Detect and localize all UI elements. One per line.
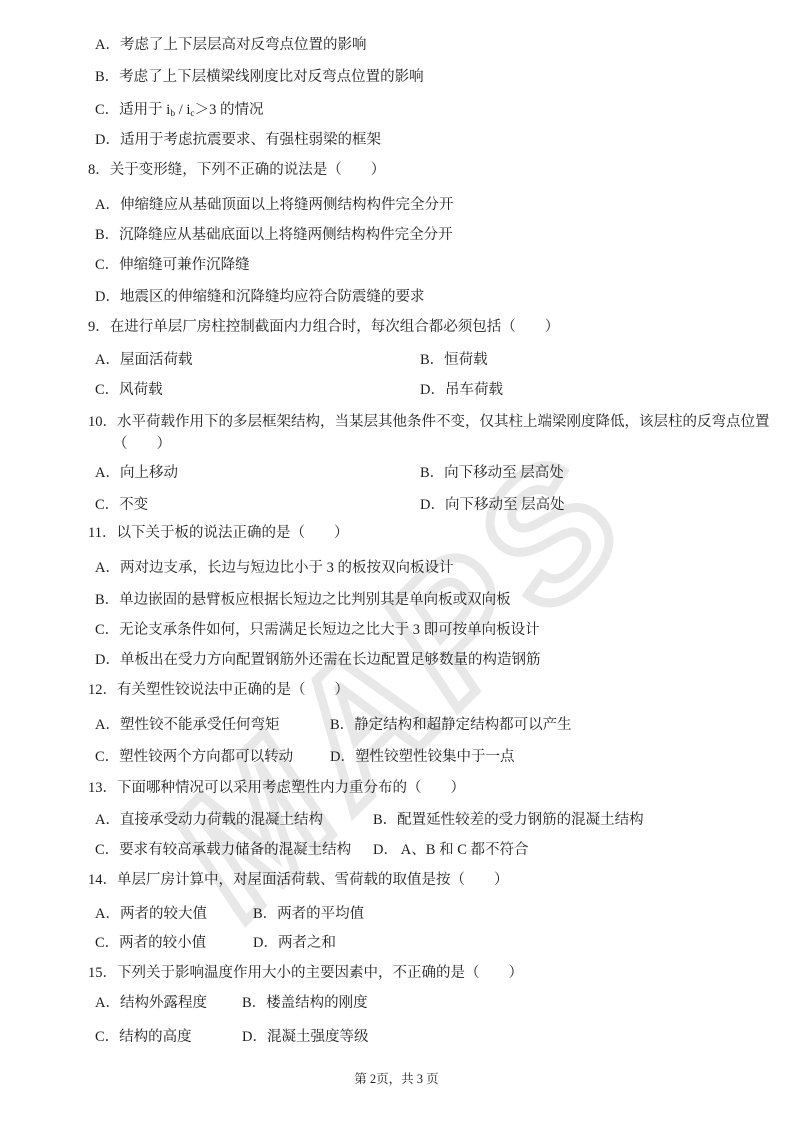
text-run: C．不变 xyxy=(95,497,148,513)
text-run: A．结构外露程度 xyxy=(95,995,207,1011)
text-line: B．单边嵌固的悬臂板应根据长短边之比判别其是单向板或双向板 xyxy=(0,589,793,611)
q12-option-d: D．塑性铰塑性铰集中于一点 xyxy=(330,746,514,768)
q15-option-d: D．混凝土强度等级 xyxy=(242,1026,368,1048)
q11-option-a: A．两对边支承，长边与短边比小于 3 的板按双向板设计 xyxy=(95,557,453,579)
text-run: A．考虑了上下层层高对反弯点位置的影响 xyxy=(95,37,366,53)
text-run: D．向下移动至 层高处 xyxy=(420,497,565,513)
q9-option-b: B．恒荷载 xyxy=(420,349,488,371)
q9-option-d: D．吊车荷载 xyxy=(420,379,503,401)
q10-stem-line2: （ ） xyxy=(113,433,171,455)
text-run: A．两对边支承，长边与短边比小于 3 的板按双向板设计 xyxy=(95,560,453,576)
text-run: A．两者的较大值 xyxy=(95,906,207,922)
text-run: D． A、B 和 C 都不符合 xyxy=(373,842,529,858)
q15-option-c: C．结构的高度 xyxy=(95,1026,192,1048)
text-run: 12．有关塑性铰说法中正确的是（ ） xyxy=(88,682,349,698)
text-line: A．两者的较大值B．两者的平均值 xyxy=(0,903,793,925)
text-line: B．沉降缝应从基础底面以上将缝两侧结构构件完全分开 xyxy=(0,224,793,246)
q10-option-c: C．不变 xyxy=(95,494,148,516)
text-run: 9．在进行单层厂房柱控制截面内力组合时，每次组合都必须包括（ ） xyxy=(88,319,559,335)
text-run: 11．以下关于板的说法正确的是（ ） xyxy=(88,525,348,541)
text-run: D．单板出在受力方向配置钢筋外还需在长边配置足够数量的构造钢筋 xyxy=(95,652,540,668)
q7-option-a: A．考虑了上下层层高对反弯点位置的影响 xyxy=(95,34,366,56)
text-line: A．塑性铰不能承受任何弯矩B．静定结构和超静定结构都可以产生 xyxy=(0,714,793,736)
text-run: C．两者的较小值 xyxy=(95,935,206,951)
text-run: D．两者之和 xyxy=(253,935,336,951)
text-line: D．单板出在受力方向配置钢筋外还需在长边配置足够数量的构造钢筋 xyxy=(0,649,793,671)
q12-option-b: B．静定结构和超静定结构都可以产生 xyxy=(330,714,572,736)
text-run: C．结构的高度 xyxy=(95,1029,192,1045)
text-run: C．要求有较高承载力储备的混凝土结构 xyxy=(95,842,351,858)
q10-stem-line1: 10．水平荷载作用下的多层框架结构，当某层其他条件不变，仅其柱上端梁刚度降低，该… xyxy=(88,411,770,433)
text-run: B．向下移动至 层高处 xyxy=(420,465,564,481)
text-run: 13．下面哪种情况可以采用考虑塑性内力重分布的（ ） xyxy=(88,780,465,796)
text-run: / i xyxy=(175,102,190,118)
text-run: A．直接承受动力荷载的混凝土结构 xyxy=(95,812,323,828)
text-run: （ ） xyxy=(113,436,171,452)
q11-option-c: C．无论支承条件如何，只需满足长短边之比大于 3 即可按单向板设计 xyxy=(95,619,540,641)
text-run: C．风荷载 xyxy=(95,382,163,398)
text-run: ＞3 的情况 xyxy=(195,102,264,118)
q12-option-a: A．塑性铰不能承受任何弯矩 xyxy=(95,714,279,736)
q13-option-c: C．要求有较高承载力储备的混凝土结构 xyxy=(95,839,351,861)
q10-option-a: A．向上移动 xyxy=(95,462,178,484)
text-run: 10．水平荷载作用下的多层框架结构，当某层其他条件不变，仅其柱上端梁刚度降低，该… xyxy=(88,414,770,430)
q9-option-c: C．风荷载 xyxy=(95,379,163,401)
text-line: D．适用于考虑抗震要求、有强柱弱梁的框架 xyxy=(0,129,793,151)
text-run: B．考虑了上下层横梁线刚度比对反弯点位置的影响 xyxy=(95,69,424,85)
q13-stem: 13．下面哪种情况可以采用考虑塑性内力重分布的（ ） xyxy=(88,777,465,799)
text-run: A．屋面活荷载 xyxy=(95,352,192,368)
text-run: C．适用于 i xyxy=(95,102,170,118)
q8-option-a: A．伸缩缝应从基础顶面以上将缝两侧结构构件完全分开 xyxy=(95,194,453,216)
text-run: D．地震区的伸缩缝和沉降缝均应符合防震缝的要求 xyxy=(95,289,424,305)
q8-option-b: B．沉降缝应从基础底面以上将缝两侧结构构件完全分开 xyxy=(95,224,453,246)
q14-option-b: B．两者的平均值 xyxy=(253,903,364,925)
text-run: D．适用于考虑抗震要求、有强柱弱梁的框架 xyxy=(95,132,381,148)
text-line: 10．水平荷载作用下的多层框架结构，当某层其他条件不变，仅其柱上端梁刚度降低，该… xyxy=(0,411,793,433)
q15-stem: 15．下列关于影响温度作用大小的主要因素中，不正确的是（ ） xyxy=(88,962,523,984)
text-run: 8．关于变形缝，下列不正确的说法是（ ） xyxy=(88,162,385,178)
q13-option-a: A．直接承受动力荷载的混凝土结构 xyxy=(95,809,323,831)
text-line: C．不变D．向下移动至 层高处 xyxy=(0,494,793,516)
text-run: D．塑性铰塑性铰集中于一点 xyxy=(330,749,514,765)
q10-option-d: D．向下移动至 层高处 xyxy=(420,494,565,516)
q15-option-a: A．结构外露程度 xyxy=(95,992,207,1014)
q7-option-b: B．考虑了上下层横梁线刚度比对反弯点位置的影响 xyxy=(95,66,424,88)
text-run: B．恒荷载 xyxy=(420,352,488,368)
q9-stem: 9．在进行单层厂房柱控制截面内力组合时，每次组合都必须包括（ ） xyxy=(88,316,559,338)
page-number-footer: 第 2页，共 3 页 xyxy=(0,1069,793,1087)
text-line: D．地震区的伸缩缝和沉降缝均应符合防震缝的要求 xyxy=(0,286,793,308)
text-line: C．风荷载D．吊车荷载 xyxy=(0,379,793,401)
text-line: A．结构外露程度B．楼盖结构的刚度 xyxy=(0,992,793,1014)
q15-option-b: B．楼盖结构的刚度 xyxy=(242,992,368,1014)
text-run: B．两者的平均值 xyxy=(253,906,364,922)
document-page: MAPS A．考虑了上下层层高对反弯点位置的影响B．考虑了上下层横梁线刚度比对反… xyxy=(0,0,793,1122)
text-line: C．两者的较小值D．两者之和 xyxy=(0,932,793,954)
text-line: 11．以下关于板的说法正确的是（ ） xyxy=(0,522,793,544)
q8-option-d: D．地震区的伸缩缝和沉降缝均应符合防震缝的要求 xyxy=(95,286,424,308)
q11-option-d: D．单板出在受力方向配置钢筋外还需在长边配置足够数量的构造钢筋 xyxy=(95,649,540,671)
text-line: C．伸缩缝可兼作沉降缝 xyxy=(0,254,793,276)
q12-stem: 12．有关塑性铰说法中正确的是（ ） xyxy=(88,679,349,701)
exam-question-list: A．考虑了上下层层高对反弯点位置的影响B．考虑了上下层横梁线刚度比对反弯点位置的… xyxy=(0,0,793,1122)
text-run: A．向上移动 xyxy=(95,465,178,481)
q13-option-b: B．配置延性较差的受力钢筋的混凝土结构 xyxy=(373,809,644,831)
q14-option-d: D．两者之和 xyxy=(253,932,336,954)
q7-option-c: C．适用于 ib / ic＞3 的情况 xyxy=(95,99,263,125)
q8-option-c: C．伸缩缝可兼作沉降缝 xyxy=(95,254,250,276)
text-line: 9．在进行单层厂房柱控制截面内力组合时，每次组合都必须包括（ ） xyxy=(0,316,793,338)
q14-option-a: A．两者的较大值 xyxy=(95,903,207,925)
text-line: C．要求有较高承载力储备的混凝土结构D． A、B 和 C 都不符合 xyxy=(0,839,793,861)
text-line: A．伸缩缝应从基础顶面以上将缝两侧结构构件完全分开 xyxy=(0,194,793,216)
q11-option-b: B．单边嵌固的悬臂板应根据长短边之比判别其是单向板或双向板 xyxy=(95,589,511,611)
text-run: 14．单层厂房计算中，对屋面活荷载、雪荷载的取值是按（ ） xyxy=(88,872,509,888)
text-run: C．塑性铰两个方向都可以转动 xyxy=(95,749,293,765)
text-line: C．结构的高度D．混凝土强度等级 xyxy=(0,1026,793,1048)
text-run: B．配置延性较差的受力钢筋的混凝土结构 xyxy=(373,812,644,828)
text-line: 8．关于变形缝，下列不正确的说法是（ ） xyxy=(0,159,793,181)
text-line: （ ） xyxy=(0,433,793,455)
text-line: C．适用于 ib / ic＞3 的情况 xyxy=(0,99,793,121)
text-run: B．沉降缝应从基础底面以上将缝两侧结构构件完全分开 xyxy=(95,227,453,243)
q10-option-b: B．向下移动至 层高处 xyxy=(420,462,564,484)
text-line: 14．单层厂房计算中，对屋面活荷载、雪荷载的取值是按（ ） xyxy=(0,869,793,891)
text-line: B．考虑了上下层横梁线刚度比对反弯点位置的影响 xyxy=(0,66,793,88)
q9-option-a: A．屋面活荷载 xyxy=(95,349,192,371)
text-run: 15．下列关于影响温度作用大小的主要因素中，不正确的是（ ） xyxy=(88,965,523,981)
text-line: A．屋面活荷载B．恒荷载 xyxy=(0,349,793,371)
q8-stem: 8．关于变形缝，下列不正确的说法是（ ） xyxy=(88,159,385,181)
q7-option-d: D．适用于考虑抗震要求、有强柱弱梁的框架 xyxy=(95,129,381,151)
q13-option-d: D． A、B 和 C 都不符合 xyxy=(373,839,529,861)
text-line: A．直接承受动力荷载的混凝土结构B．配置延性较差的受力钢筋的混凝土结构 xyxy=(0,809,793,831)
q14-option-c: C．两者的较小值 xyxy=(95,932,206,954)
text-line: A．两对边支承，长边与短边比小于 3 的板按双向板设计 xyxy=(0,557,793,579)
q12-option-c: C．塑性铰两个方向都可以转动 xyxy=(95,746,293,768)
text-run: B．静定结构和超静定结构都可以产生 xyxy=(330,717,572,733)
text-line: 13．下面哪种情况可以采用考虑塑性内力重分布的（ ） xyxy=(0,777,793,799)
q11-stem: 11．以下关于板的说法正确的是（ ） xyxy=(88,522,348,544)
text-line: C．塑性铰两个方向都可以转动D．塑性铰塑性铰集中于一点 xyxy=(0,746,793,768)
text-run: B．楼盖结构的刚度 xyxy=(242,995,368,1011)
text-run: D．吊车荷载 xyxy=(420,382,503,398)
text-run: A．塑性铰不能承受任何弯矩 xyxy=(95,717,279,733)
text-run: C．无论支承条件如何，只需满足长短边之比大于 3 即可按单向板设计 xyxy=(95,622,540,638)
text-run: B．单边嵌固的悬臂板应根据长短边之比判别其是单向板或双向板 xyxy=(95,592,511,608)
text-line: 15．下列关于影响温度作用大小的主要因素中，不正确的是（ ） xyxy=(0,962,793,984)
q14-stem: 14．单层厂房计算中，对屋面活荷载、雪荷载的取值是按（ ） xyxy=(88,869,509,891)
text-line: C．无论支承条件如何，只需满足长短边之比大于 3 即可按单向板设计 xyxy=(0,619,793,641)
text-run: D．混凝土强度等级 xyxy=(242,1029,368,1045)
text-line: A．考虑了上下层层高对反弯点位置的影响 xyxy=(0,34,793,56)
text-line: A．向上移动B．向下移动至 层高处 xyxy=(0,462,793,484)
text-run: C．伸缩缝可兼作沉降缝 xyxy=(95,257,250,273)
text-run: A．伸缩缝应从基础顶面以上将缝两侧结构构件完全分开 xyxy=(95,197,453,213)
text-line: 12．有关塑性铰说法中正确的是（ ） xyxy=(0,679,793,701)
